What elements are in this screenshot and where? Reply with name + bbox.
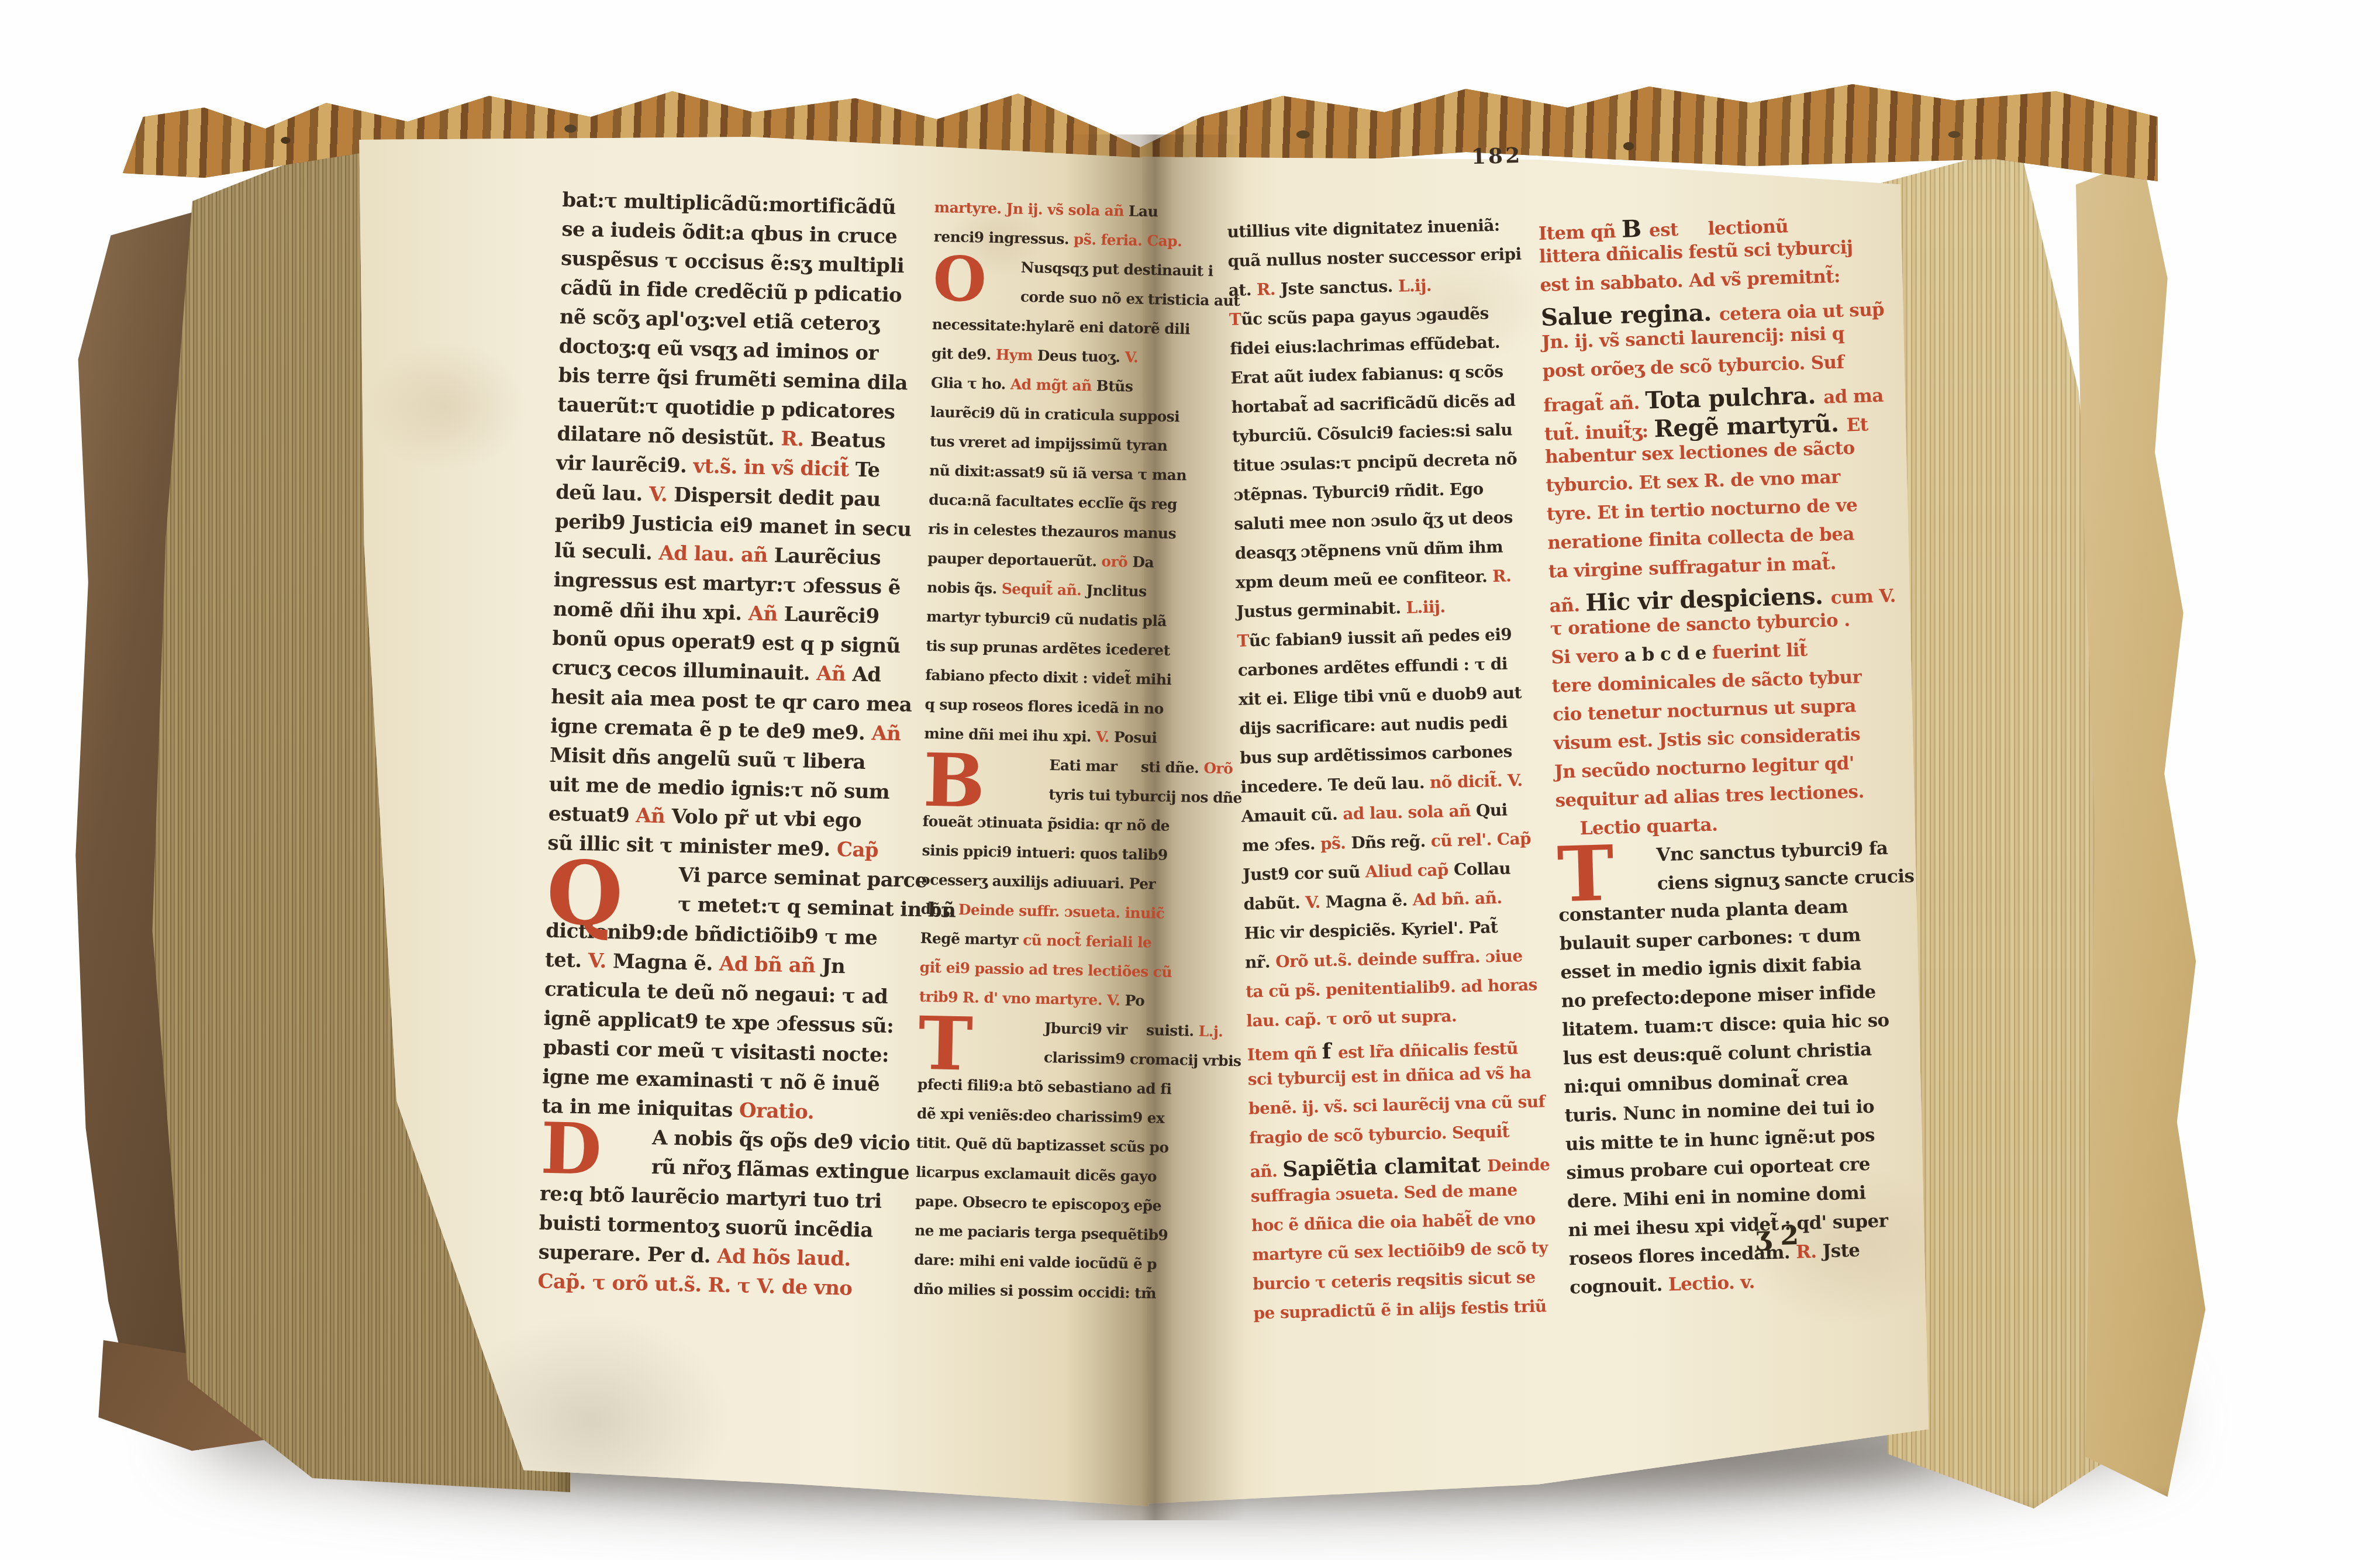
text-run: dilatare nõ desistũt. bbox=[557, 422, 781, 451]
text-run: Da bbox=[1132, 554, 1154, 571]
text-run: pauper deportauerũt. bbox=[927, 550, 1102, 570]
text-run: Sapiẽtia clamitat bbox=[1282, 1152, 1488, 1182]
text-run: V. bbox=[1096, 728, 1114, 746]
text-run: ps̃. feria. Cap. bbox=[1074, 231, 1182, 250]
text-run: Jnclitus bbox=[1086, 582, 1147, 600]
text-run: ad ma bbox=[1823, 385, 1884, 408]
text-run: tyris tui tyburcij nos dñe bbox=[1048, 786, 1242, 806]
text-run: Añ bbox=[636, 804, 672, 828]
drop-cap-initial: B bbox=[923, 750, 986, 813]
text-line: martyre. Jn ij. vs̃ sola añ Lau bbox=[934, 199, 1175, 233]
text-run: Vi parce seminat parce bbox=[678, 864, 927, 893]
text-run: Et bbox=[1846, 414, 1868, 436]
text-run: Btũs bbox=[1096, 377, 1133, 395]
text-run: Glia τ ho. bbox=[931, 374, 1011, 393]
text-line: titit. Quẽ dũ baptizasset scũs po bbox=[916, 1134, 1157, 1168]
text-run: L.ij. bbox=[1398, 275, 1432, 295]
text-run: Jste bbox=[1822, 1240, 1860, 1262]
text-run: Añ bbox=[871, 722, 901, 746]
text-run: cognouit. bbox=[1570, 1274, 1669, 1298]
text-run: at. bbox=[1228, 280, 1257, 300]
text-line: fabiano pfecto dixit : videt̃ mihi bbox=[925, 667, 1167, 700]
text-line: ne me paciaris terga psequẽtib9 bbox=[914, 1222, 1155, 1256]
text-run: Ad hõs laud. bbox=[717, 1244, 851, 1271]
text-run: Amauit cũ. bbox=[1241, 804, 1343, 826]
text-line: git de9. Hym Deus tuoʒ. V. bbox=[931, 345, 1172, 379]
text-line: Glia τ ho. Ad mg̃t añ Btũs bbox=[930, 374, 1172, 408]
text-run: Salue regina. bbox=[1540, 298, 1719, 332]
text-run: superare. Per d. bbox=[538, 1241, 718, 1268]
text-run: R. bbox=[1796, 1241, 1823, 1262]
text-line: duca:nã facultates ecclĩe q̃s reg bbox=[928, 491, 1170, 525]
text-line: dare: mihi eni valde iocũdũ ẽ p bbox=[913, 1251, 1155, 1285]
text-run: Jste sanctus. bbox=[1281, 277, 1399, 299]
text-run: Ad bbox=[852, 662, 881, 686]
text-run: Magna ẽ. bbox=[1325, 891, 1413, 912]
text-run: Po bbox=[1125, 992, 1144, 1010]
text-run: Item qñ bbox=[1247, 1043, 1322, 1064]
text-run: Nusqsqʒ put destinauit i bbox=[1020, 259, 1213, 279]
text-run: Laurẽcius bbox=[774, 544, 881, 570]
text-run: Tota pulchra. bbox=[1645, 381, 1824, 415]
right-page-column-1: utillius vite dignitatez inueniã:quã nul… bbox=[1227, 216, 1526, 1333]
right-page-column-2: Item qñ B est lectionũlittera dñicalis f… bbox=[1538, 208, 1877, 1306]
text-run: cũ noct̃ feriali le bbox=[1023, 931, 1152, 951]
text-run: Añ bbox=[816, 662, 853, 686]
text-run: Ad bñ. añ. bbox=[1412, 888, 1502, 910]
text-run: R. bbox=[1257, 279, 1281, 299]
text-run: Te bbox=[855, 458, 880, 482]
text-run: L.iij. bbox=[1406, 597, 1446, 617]
text-run: Just9 cor suũ bbox=[1243, 862, 1365, 885]
text-line: laurẽci9 dũ in craticula supposi bbox=[930, 403, 1171, 437]
text-run: fragat̃ añ. bbox=[1543, 392, 1646, 416]
left-page-column-1: bat:τ multiplicãdũ:mortificãdũse a iudei… bbox=[537, 188, 905, 1307]
text-run: Ad mg̃t añ bbox=[1010, 376, 1096, 395]
book-photo: 182 bat:τ multiplicãdũ:mortificãdũse a i… bbox=[0, 0, 2380, 1560]
drop-cap-initial: D bbox=[540, 1119, 602, 1180]
text-run: Eati mar sti dñe. bbox=[1049, 757, 1203, 776]
text-run: a b c d e bbox=[1624, 642, 1712, 665]
drop-cap-initial: Q bbox=[546, 856, 624, 932]
text-run: Qui bbox=[1476, 800, 1508, 820]
text-run: Justus germinabit. bbox=[1236, 598, 1406, 622]
text-run: Lectio. v. bbox=[1668, 1272, 1755, 1295]
drop-cap-initial: T bbox=[1557, 841, 1615, 907]
text-run: Item qñ bbox=[1538, 221, 1622, 244]
text-run: estuat9 bbox=[548, 802, 636, 827]
text-run: nõ dicit̃. V. bbox=[1430, 771, 1523, 792]
text-run: T bbox=[1229, 309, 1241, 329]
drop-cap-initial: T bbox=[917, 1013, 973, 1076]
text-run: V. bbox=[649, 482, 674, 506]
text-run: lũ seculi. bbox=[554, 539, 658, 565]
text-run: Magna ẽ. bbox=[613, 950, 720, 975]
text-run: tet. bbox=[545, 948, 589, 973]
text-run: fuerint lit̃ bbox=[1712, 640, 1808, 664]
text-run: B bbox=[1621, 214, 1649, 243]
text-line: pauper deportauerũt. orõ Da bbox=[927, 550, 1169, 584]
text-run: V. bbox=[1305, 892, 1326, 912]
text-run: Si vero bbox=[1551, 645, 1625, 668]
drop-cap-initial: O bbox=[933, 253, 987, 306]
text-run: Deinde suffr. ɔsueta. inuic̃ bbox=[958, 901, 1165, 922]
text-run: dabũt. bbox=[1243, 893, 1306, 914]
text-line: ris in celestes thezauros manus bbox=[927, 520, 1169, 554]
text-run: añ. bbox=[1549, 595, 1586, 617]
text-line: git̃ ei9 passio ad tres lectiões cũ bbox=[919, 959, 1161, 993]
text-run: me ɔfes. bbox=[1242, 834, 1321, 855]
text-line: dño milies si possim occidi: tm̃ bbox=[913, 1281, 1155, 1314]
text-run: Volo pr̃ ut vbi ego bbox=[671, 805, 862, 833]
text-line: sinis ppici9 intueri: quos talib9 bbox=[922, 842, 1163, 876]
text-run: ad lau. sola añ bbox=[1343, 801, 1476, 824]
text-run: Deinde bbox=[1487, 1155, 1550, 1176]
vellum-cover-right-edge bbox=[2076, 158, 2234, 1497]
text-run: est lr̃a dñicalis festũ bbox=[1338, 1038, 1519, 1062]
quire-signature: ʒ 2 bbox=[1755, 1219, 1799, 1252]
text-run: Ad bñ añ bbox=[719, 952, 822, 978]
text-line: necessitate:hylarẽ eni datorẽ dili bbox=[932, 316, 1173, 350]
text-run: tut̃. inuit̃ʒ: bbox=[1544, 420, 1654, 445]
text-run: L.j. bbox=[1198, 1023, 1223, 1040]
text-line: nobis q̃s. Sequit̃ añ. Jnclitus bbox=[927, 579, 1168, 613]
text-run: clarissim9 cromacij vrbis bbox=[1044, 1049, 1241, 1069]
text-run: martyre. Jn ij. vs̃ sola añ bbox=[934, 199, 1129, 219]
text-line: dñʒ. Deinde suffr. ɔsueta. inuic̃ bbox=[920, 900, 1162, 934]
text-line: dẽ xpi veniẽs:deo charissim9 ex bbox=[916, 1105, 1158, 1139]
text-line: martyr tyburci9 cũ nudatis plã bbox=[926, 608, 1168, 642]
text-run: cũ rel'. Cap̃ bbox=[1430, 829, 1531, 851]
text-run: deũ lau. bbox=[556, 481, 650, 506]
text-run: nomẽ dñi ihu xpi. bbox=[553, 598, 749, 626]
text-run: f bbox=[1322, 1038, 1338, 1064]
text-run: Sequit̃ añ. bbox=[1002, 580, 1086, 599]
text-run: nr̃. bbox=[1245, 952, 1276, 972]
text-line: ɔcesserʒ auxilijs adiuuari. Per bbox=[921, 871, 1163, 905]
text-line: Regẽ martyr cũ noct̃ feriali le bbox=[920, 930, 1161, 964]
text-run: T bbox=[1237, 631, 1249, 650]
text-run: Dispersit dedit pau bbox=[674, 483, 881, 511]
text-run: Regẽ martyr bbox=[920, 930, 1023, 948]
text-run: Aliud cap̃ bbox=[1365, 860, 1454, 882]
text-run: Orõ bbox=[1203, 760, 1233, 777]
text-run: Collau bbox=[1454, 858, 1511, 879]
text-line: tus vreret ad impijssimũ tyran bbox=[929, 433, 1171, 467]
text-line: pape. Obsecro te episcopoʒ ep̃e bbox=[915, 1193, 1156, 1227]
text-run: vir laurẽci9. bbox=[556, 451, 694, 478]
text-run: est lectionũ bbox=[1648, 216, 1788, 241]
text-run: corde suo nõ ex tristicia aut bbox=[1020, 288, 1240, 309]
text-run: Posui bbox=[1114, 729, 1157, 746]
text-run: Cap̃ bbox=[837, 838, 879, 862]
text-run: orõ bbox=[1101, 553, 1132, 571]
text-run: Oratio. bbox=[739, 1099, 815, 1124]
text-run: incedere. Te deũ lau. bbox=[1240, 773, 1430, 797]
text-run: Lau bbox=[1129, 202, 1158, 220]
text-run: Jburci9 vir suisti. bbox=[1044, 1020, 1199, 1040]
text-run: ps̃. bbox=[1320, 833, 1351, 853]
text-run: nobis q̃s. bbox=[927, 579, 1002, 597]
text-run: Hym bbox=[996, 346, 1037, 364]
text-line: nũ dixit:assat9 sũ iã versa τ man bbox=[929, 462, 1170, 496]
text-run: Beatus bbox=[810, 428, 885, 453]
text-run: V. bbox=[1125, 348, 1138, 365]
text-run: vt.s̃. in vs̃ dicit̃ bbox=[693, 454, 856, 481]
text-run: Ad lau. añ bbox=[658, 541, 774, 567]
text-run: R. bbox=[1492, 566, 1512, 586]
text-line: tis sup prunas ardẽtes icederet bbox=[926, 637, 1167, 671]
text-run: Jn bbox=[822, 954, 846, 978]
text-run: Añ bbox=[748, 602, 784, 626]
text-run: Laurẽci9 bbox=[784, 603, 879, 629]
text-run: git de9. bbox=[932, 345, 996, 363]
text-run: añ. bbox=[1250, 1161, 1282, 1181]
page-number: 182 bbox=[1471, 143, 1522, 169]
text-line: licarpus exclamauit dicẽs gayo bbox=[915, 1164, 1157, 1197]
text-run: cum V. bbox=[1830, 585, 1896, 608]
text-run: Dñs reg̃. bbox=[1351, 831, 1431, 853]
text-run: V. bbox=[588, 949, 613, 973]
text-run: Regẽ martyrũ. bbox=[1654, 409, 1847, 443]
text-run: Deus tuoʒ. bbox=[1037, 347, 1125, 365]
left-page-column-2: martyre. Jn ij. vs̃ sola añ Laurenci9 in… bbox=[913, 199, 1175, 1314]
text-run: R. bbox=[781, 427, 810, 451]
text-line: q sup roseos flores icedã in no bbox=[925, 696, 1166, 730]
text-run: dñʒ. bbox=[920, 900, 958, 918]
